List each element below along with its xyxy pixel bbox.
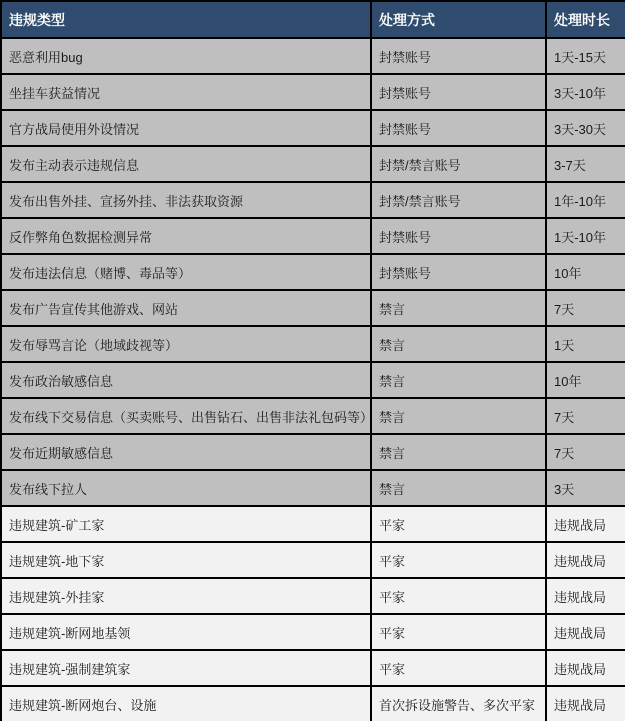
cell-handling-duration: 违规战局 xyxy=(546,578,625,614)
cell-handling-duration: 1天 xyxy=(546,326,625,362)
table-row: 坐挂车获益情况封禁账号3天-10年 xyxy=(1,74,625,110)
cell-violation-type: 发布政治敏感信息 xyxy=(1,362,371,398)
header-row: 违规类型 处理方式 处理时长 xyxy=(1,1,625,38)
table-row: 发布广告宣传其他游戏、网站禁言7天 xyxy=(1,290,625,326)
table-header: 违规类型 处理方式 处理时长 xyxy=(1,1,625,38)
table-row: 发布出售外挂、宣扬外挂、非法获取资源封禁/禁言账号1年-10年 xyxy=(1,182,625,218)
cell-handling-duration: 3-7天 xyxy=(546,146,625,182)
cell-handling-method: 禁言 xyxy=(371,290,546,326)
cell-violation-type: 反作弊角色数据检测异常 xyxy=(1,218,371,254)
cell-handling-method: 封禁账号 xyxy=(371,218,546,254)
cell-handling-method: 封禁账号 xyxy=(371,254,546,290)
table-row: 违规建筑-断网炮台、设施首次拆设施警告、多次平家违规战局 xyxy=(1,686,625,721)
table-row: 恶意利用bug封禁账号1天-15天 xyxy=(1,38,625,74)
table-row: 违规建筑-强制建筑家平家违规战局 xyxy=(1,650,625,686)
header-handling-duration: 处理时长 xyxy=(546,1,625,38)
cell-handling-method: 禁言 xyxy=(371,434,546,470)
cell-handling-duration: 违规战局 xyxy=(546,650,625,686)
header-violation-type: 违规类型 xyxy=(1,1,371,38)
cell-handling-method: 平家 xyxy=(371,650,546,686)
cell-handling-duration: 3天-10年 xyxy=(546,74,625,110)
table-row: 违规建筑-断网地基领平家违规战局 xyxy=(1,614,625,650)
cell-handling-duration: 10年 xyxy=(546,362,625,398)
cell-handling-duration: 违规战局 xyxy=(546,506,625,542)
cell-handling-duration: 1年-10年 xyxy=(546,182,625,218)
cell-handling-method: 封禁账号 xyxy=(371,110,546,146)
cell-handling-duration: 3天-30天 xyxy=(546,110,625,146)
table-row: 反作弊角色数据检测异常封禁账号1天-10年 xyxy=(1,218,625,254)
cell-handling-method: 禁言 xyxy=(371,398,546,434)
table-row: 官方战局使用外设情况封禁账号3天-30天 xyxy=(1,110,625,146)
cell-handling-duration: 7天 xyxy=(546,290,625,326)
table-row: 发布近期敏感信息禁言7天 xyxy=(1,434,625,470)
cell-handling-duration: 7天 xyxy=(546,434,625,470)
cell-handling-duration: 违规战局 xyxy=(546,686,625,721)
cell-handling-duration: 3天 xyxy=(546,470,625,506)
cell-violation-type: 发布近期敏感信息 xyxy=(1,434,371,470)
page: 违规类型 处理方式 处理时长 恶意利用bug封禁账号1天-15天坐挂车获益情况封… xyxy=(0,0,625,721)
cell-handling-method: 平家 xyxy=(371,506,546,542)
table-body: 恶意利用bug封禁账号1天-15天坐挂车获益情况封禁账号3天-10年官方战局使用… xyxy=(1,38,625,721)
cell-violation-type: 发布出售外挂、宣扬外挂、非法获取资源 xyxy=(1,182,371,218)
cell-handling-method: 首次拆设施警告、多次平家 xyxy=(371,686,546,721)
table-row: 发布主动表示违规信息封禁/禁言账号3-7天 xyxy=(1,146,625,182)
cell-violation-type: 违规建筑-强制建筑家 xyxy=(1,650,371,686)
cell-violation-type: 违规建筑-外挂家 xyxy=(1,578,371,614)
cell-violation-type: 发布线下交易信息（买卖账号、出售钻石、出售非法礼包码等） xyxy=(1,398,371,434)
cell-violation-type: 发布辱骂言论（地域歧视等） xyxy=(1,326,371,362)
header-handling-method: 处理方式 xyxy=(371,1,546,38)
cell-handling-method: 封禁/禁言账号 xyxy=(371,182,546,218)
cell-violation-type: 发布广告宣传其他游戏、网站 xyxy=(1,290,371,326)
cell-handling-method: 禁言 xyxy=(371,470,546,506)
cell-handling-method: 平家 xyxy=(371,542,546,578)
cell-handling-method: 禁言 xyxy=(371,362,546,398)
cell-handling-duration: 10年 xyxy=(546,254,625,290)
cell-violation-type: 发布线下拉人 xyxy=(1,470,371,506)
cell-handling-duration: 1天-10年 xyxy=(546,218,625,254)
table-row: 发布政治敏感信息禁言10年 xyxy=(1,362,625,398)
cell-handling-duration: 1天-15天 xyxy=(546,38,625,74)
cell-handling-duration: 7天 xyxy=(546,398,625,434)
cell-violation-type: 违规建筑-矿工家 xyxy=(1,506,371,542)
cell-handling-method: 平家 xyxy=(371,614,546,650)
table-row: 违规建筑-地下家平家违规战局 xyxy=(1,542,625,578)
cell-violation-type: 官方战局使用外设情况 xyxy=(1,110,371,146)
cell-violation-type: 坐挂车获益情况 xyxy=(1,74,371,110)
cell-violation-type: 违规建筑-断网地基领 xyxy=(1,614,371,650)
violation-rules-table: 违规类型 处理方式 处理时长 恶意利用bug封禁账号1天-15天坐挂车获益情况封… xyxy=(0,0,625,721)
cell-handling-method: 封禁/禁言账号 xyxy=(371,146,546,182)
cell-violation-type: 发布违法信息（赌博、毒品等） xyxy=(1,254,371,290)
cell-handling-method: 封禁账号 xyxy=(371,38,546,74)
cell-violation-type: 违规建筑-断网炮台、设施 xyxy=(1,686,371,721)
cell-violation-type: 发布主动表示违规信息 xyxy=(1,146,371,182)
cell-handling-method: 平家 xyxy=(371,578,546,614)
table-row: 违规建筑-外挂家平家违规战局 xyxy=(1,578,625,614)
cell-handling-duration: 违规战局 xyxy=(546,542,625,578)
cell-violation-type: 违规建筑-地下家 xyxy=(1,542,371,578)
table-row: 发布线下拉人禁言3天 xyxy=(1,470,625,506)
table-row: 发布线下交易信息（买卖账号、出售钻石、出售非法礼包码等）禁言7天 xyxy=(1,398,625,434)
cell-handling-duration: 违规战局 xyxy=(546,614,625,650)
cell-violation-type: 恶意利用bug xyxy=(1,38,371,74)
cell-handling-method: 封禁账号 xyxy=(371,74,546,110)
table-row: 发布违法信息（赌博、毒品等）封禁账号10年 xyxy=(1,254,625,290)
cell-handling-method: 禁言 xyxy=(371,326,546,362)
table-row: 发布辱骂言论（地域歧视等）禁言1天 xyxy=(1,326,625,362)
table-row: 违规建筑-矿工家平家违规战局 xyxy=(1,506,625,542)
